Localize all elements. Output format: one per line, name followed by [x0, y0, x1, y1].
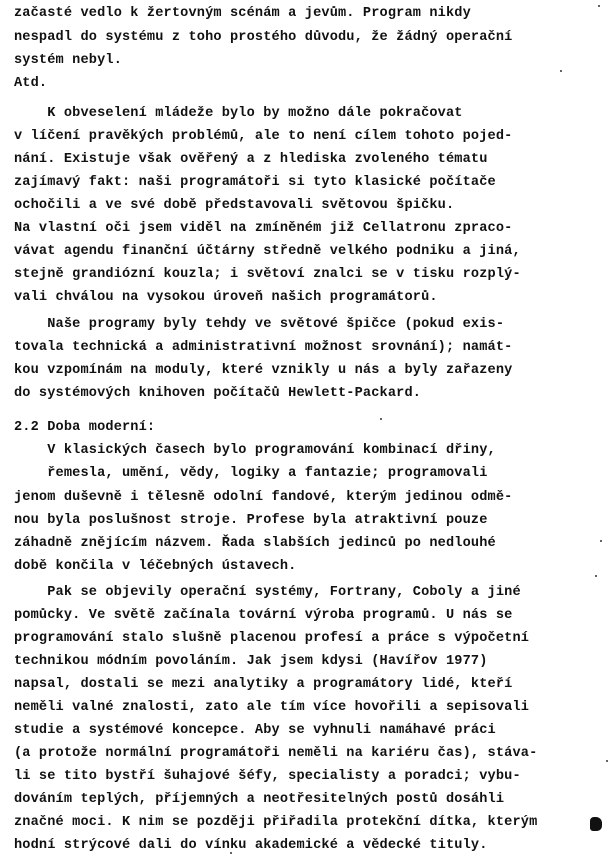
scan-speck — [606, 760, 608, 762]
text-line: vali chválou na vysokou úroveň našich pr… — [14, 290, 438, 306]
scan-speck — [560, 70, 562, 72]
text-line: nespadl do systému z toho prostého důvod… — [14, 30, 512, 46]
text-line: nou byla poslušnost stroje. Profese byla… — [14, 513, 488, 529]
text-line: (a protože normální programátoři neměli … — [14, 746, 537, 762]
text-line: záhadně znějícím názvem. Řada slabších j… — [14, 536, 496, 552]
text-line: programování stalo slušně placenou profe… — [14, 631, 529, 647]
text-line: li se tito bystří šuhajové šéfy, special… — [14, 769, 521, 785]
text-line: napsal, dostali se mezi analytiky a prog… — [14, 677, 512, 693]
text-line: stejně grandiózní kouzla; i světoví znal… — [14, 267, 521, 283]
text-line: v líčení pravěkých problémů, ale to není… — [14, 129, 512, 145]
text-line: nání. Existuje však ověřený a z hlediska… — [14, 152, 488, 168]
text-line: tovala technická a administrativní možno… — [14, 340, 512, 356]
text-line: Na vlastní oči jsem viděl na zmíněném ji… — [14, 221, 512, 237]
text-line: neměli valné znalosti, zato ale tím více… — [14, 700, 529, 716]
scan-speck — [598, 5, 600, 7]
text-line: Naše programy byly tehdy ve světové špič… — [14, 317, 504, 333]
scan-speck — [230, 852, 232, 854]
text-line: dováním teplých, příjemných a neotřesite… — [14, 792, 504, 808]
text-line: V klasických časech bylo programování ko… — [14, 443, 496, 459]
text-line: kou vzpomínám na moduly, které vznikly u… — [14, 363, 512, 379]
text-line: jenom duševně i tělesně odolní fandové, … — [14, 490, 512, 506]
text-line: začasté vedlo k žertovným scénám a jevům… — [14, 6, 471, 22]
text-line: zajímavý fakt: naši programátoři si tyto… — [14, 175, 496, 191]
text-line: Atd. — [14, 76, 47, 92]
text-line: systém nebyl. — [14, 53, 122, 69]
text-line: řemesla, umění, vědy, logiky a fantazie;… — [14, 466, 488, 482]
typewritten-page: začasté vedlo k žertovným scénám a jevům… — [0, 0, 614, 860]
text-line: vávat agendu finanční účtárny středně ve… — [14, 244, 521, 260]
text-line: době končila v léčebných ústavech. — [14, 559, 296, 575]
scan-speck — [600, 540, 602, 542]
text-line: značné moci. K nim se později přiřadila … — [14, 815, 537, 831]
scan-speck — [380, 418, 382, 420]
text-line: K obveselení mládeže bylo by možno dále … — [14, 106, 463, 122]
text-line: ochočili a ve své době představovali svě… — [14, 198, 454, 214]
text-line: do systémových knihoven počítačů Hewlett… — [14, 386, 421, 402]
text-line: pomůcky. Ve světě začínala tovární výrob… — [14, 608, 512, 624]
text-line: hodní strýcové dali do vínku akademické … — [14, 838, 488, 854]
text-line: technikou módním povoláním. Jak jsem kdy… — [14, 654, 488, 670]
text-line: studie a systémové koncepce. Aby se vyhn… — [14, 723, 496, 739]
text-line: Pak se objevily operační systémy, Fortra… — [14, 585, 521, 601]
section-heading: 2.2 Doba moderní: — [14, 420, 155, 436]
ink-blot — [590, 817, 602, 831]
scan-speck — [595, 575, 597, 577]
